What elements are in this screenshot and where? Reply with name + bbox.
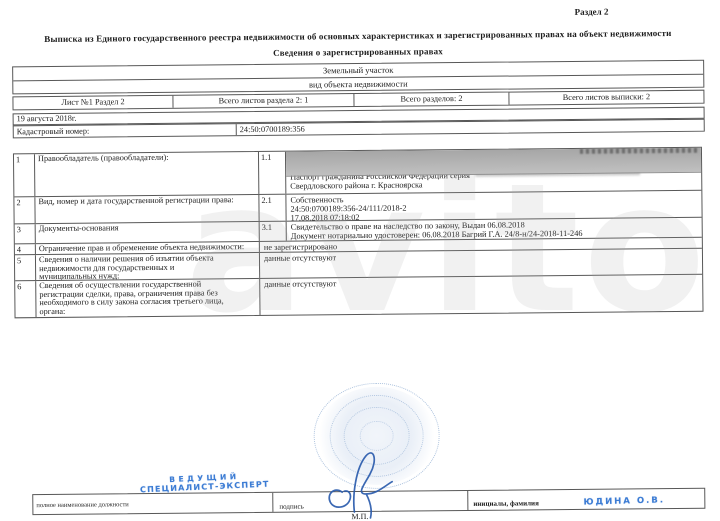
row-label: Сведения об осуществлении государственно… (36, 279, 260, 317)
handwritten-signature (320, 447, 431, 520)
cadastral-label: Кадастровый номер: (14, 124, 237, 137)
row-number: 3 (15, 224, 36, 243)
sections-total: Всего разделов: 2 (354, 93, 509, 106)
row-number: 4 (15, 244, 36, 254)
object-type-box: Земельный участок вид объекта недвижимос… (12, 60, 704, 95)
row-label: Вид, номер и дата государственной регист… (35, 195, 259, 223)
document-sheet: Раздел 2 Выписка из Единого государствен… (0, 0, 720, 521)
sheets-total: Всего листов выписки: 2 (509, 91, 703, 105)
document-title: Выписка из Единого государственного реес… (0, 28, 718, 45)
row-label: Правообладатель (правообладатели): (35, 152, 259, 196)
row-value: Собственность 24:50:0700189:356-24/111/2… (286, 191, 701, 221)
row-value: Паспорт гражданина Российской Федерации … (286, 148, 701, 194)
scan-tilt-wrapper: Раздел 2 Выписка из Единого государствен… (0, 0, 720, 521)
row-subnumber: 3.1 (260, 222, 287, 241)
row-label: Документы-основания (36, 222, 260, 243)
sheet-number: Лист №1 Раздел 2 (13, 96, 173, 110)
position-label: полное наименование должности (33, 493, 273, 514)
redaction-block (286, 148, 701, 177)
table-row-rightholder: 1 Правообладатель (правообладатели): 1.1… (14, 148, 701, 198)
cadastral-number: 24:50:0700189:356 (237, 120, 704, 135)
row-label: Сведения о наличии решения об изъятии об… (36, 253, 260, 280)
row-value: данные отсутствуют (260, 249, 702, 278)
row-number: 2 (14, 197, 35, 223)
row-number: 6 (15, 281, 36, 317)
section-label: Раздел 2 (575, 7, 609, 17)
sheets-in-section: Всего листов раздела 2: 1 (173, 94, 354, 108)
rights-table: 1 Правообладатель (правообладатели): 1.1… (13, 147, 704, 319)
table-row-third-party: 6 Сведения об осуществлении государствен… (15, 275, 702, 318)
row-number: 5 (15, 255, 36, 280)
row-number: 1 (14, 154, 35, 196)
row-subnumber: 1.1 (259, 152, 286, 194)
row-subnumber: 2.1 (259, 195, 286, 221)
row-value: Свидетельство о праве на наследство по з… (287, 218, 702, 241)
row-value: данные отсутствуют (260, 275, 702, 315)
document-subtitle: Сведения о зарегистрированных правах (0, 44, 718, 61)
